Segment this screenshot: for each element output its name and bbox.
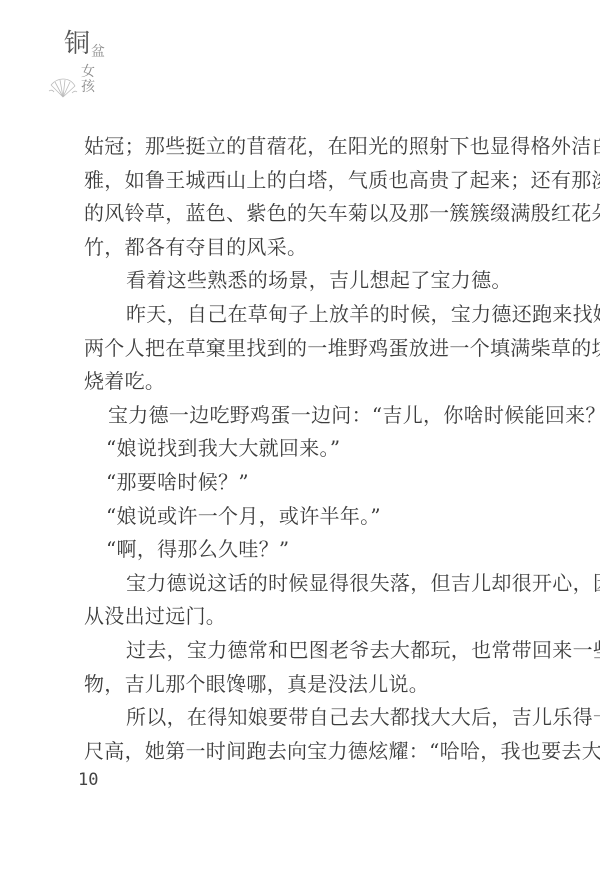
text-line: 看着这些熟悉的场景，吉儿想起了宝力德。: [84, 264, 494, 298]
text-line: “娘说或许一个月，或许半年。”: [84, 500, 494, 534]
book-title-header: 铜 盆 女 孩: [22, 22, 132, 112]
text-line: “那要啥时候？”: [84, 466, 494, 500]
text-line: 竹，都各有夺目的风采。: [84, 231, 494, 265]
text-line: 的风铃草，蓝色、紫色的矢车菊以及那一簇簇缀满殷红花朵的石: [84, 197, 494, 231]
text-line: “娘说找到我大大就回来。”: [84, 432, 494, 466]
page-body-text: 姑冠；那些挺立的苜蓿花，在阳光的照射下也显得格外洁白素 雅，如鲁王城西山上的白塔…: [84, 130, 494, 768]
text-line: 所以，在得知娘要带自己去大都找大大后，吉儿乐得一蹦三: [84, 701, 494, 735]
text-line: 物，吉儿那个眼馋哪，真是没法儿说。: [84, 668, 494, 702]
text-line: 姑冠；那些挺立的苜蓿花，在阳光的照射下也显得格外洁白素: [84, 130, 494, 164]
page-number: 10: [78, 770, 98, 790]
shell-ornament-icon: [48, 77, 78, 99]
book-title-char-hai: 孩: [81, 80, 95, 94]
text-line: 烧着吃。: [84, 365, 494, 399]
text-line: 宝力德一边吃野鸡蛋一边问：“吉儿，你啥时候能回来？”: [84, 399, 494, 433]
text-line: 从没出过远门。: [84, 600, 494, 634]
text-line: 宝力德说这话的时候显得很失落，但吉儿却很开心，因为她: [84, 567, 494, 601]
book-title-char-nv: 女: [81, 65, 95, 79]
text-line: 过去，宝力德常和巴图老爷去大都玩，也常带回来一些稀罕: [84, 634, 494, 668]
text-line: 两个人把在草窠里找到的一堆野鸡蛋放进一个填满柴草的坑里: [84, 332, 494, 366]
book-title-char-pen: 盆: [91, 45, 105, 59]
text-line: 尺高，她第一时间跑去向宝力德炫耀：“哈哈，我也要去大都了！: [84, 735, 494, 769]
text-line: 雅，如鲁王城西山上的白塔，气质也高贵了起来；还有那淡蓝色: [84, 164, 494, 198]
text-line: “啊，得那么久哇？”: [84, 533, 494, 567]
text-line: 昨天，自己在草甸子上放羊的时候，宝力德还跑来找她玩。: [84, 298, 494, 332]
book-title-char-tong: 铜: [64, 31, 90, 57]
